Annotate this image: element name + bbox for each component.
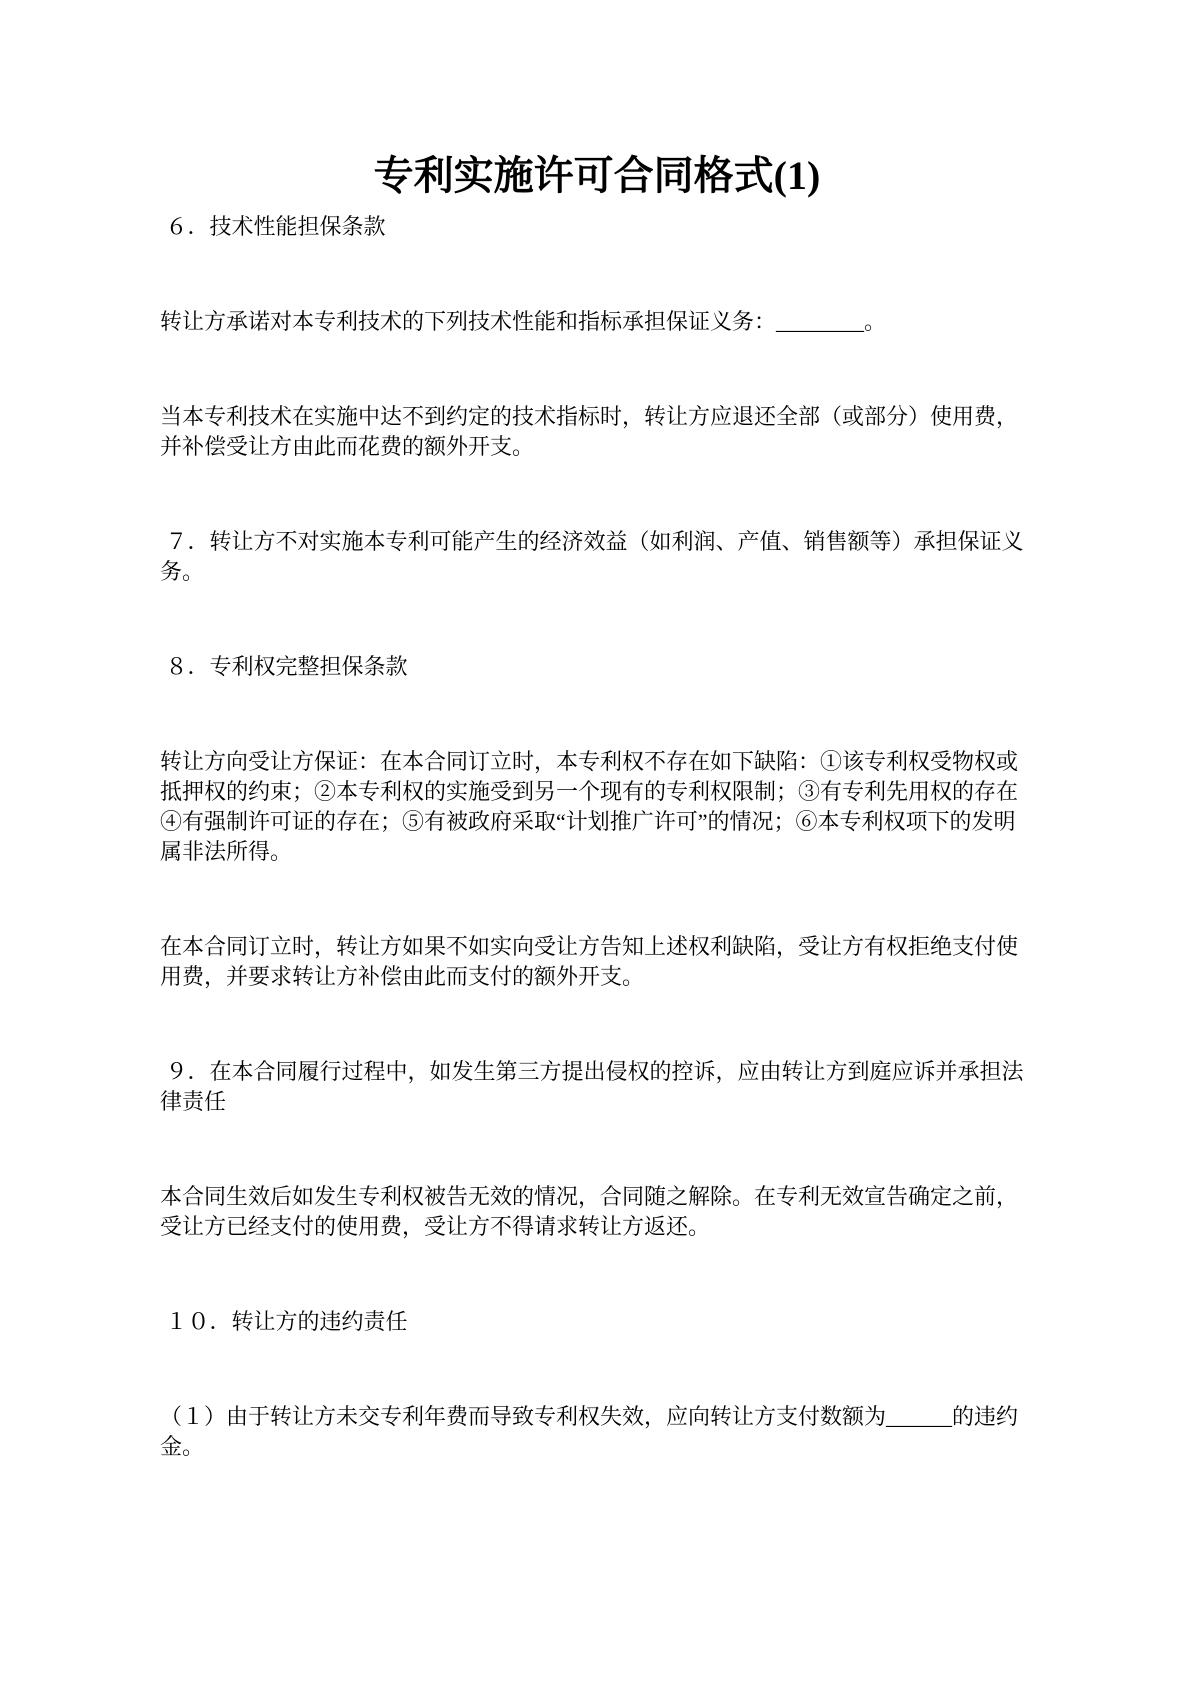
clause-6-warranty-paragraph: 转让方承诺对本专利技术的下列技术性能和指标承担保证义务：________。 xyxy=(160,307,1034,337)
document-title: 专利实施许可合同格式(1) xyxy=(160,150,1034,202)
document-page: 专利实施许可合同格式(1) ６．技术性能担保条款 转让方承诺对本专利技术的下列技… xyxy=(0,0,1190,1683)
clause-10-heading: １０．转让方的违约责任 xyxy=(160,1307,1034,1337)
clause-7-paragraph: ７．转让方不对实施本专利可能产生的经济效益（如利润、产值、销售额等）承担保证义务… xyxy=(160,527,1034,587)
clause-8-remedy-paragraph: 在本合同订立时，转让方如果不如实向受让方告知上述权利缺陷，受让方有权拒绝支付使用… xyxy=(160,932,1034,992)
clause-9-paragraph: ９．在本合同履行过程中，如发生第三方提出侵权的控诉，应由转让方到庭应诉并承担法律… xyxy=(160,1057,1034,1117)
clause-9-invalidity-paragraph: 本合同生效后如发生专利权被告无效的情况，合同随之解除。在专利无效宣告确定之前，受… xyxy=(160,1182,1034,1242)
clause-8-heading: ８．专利权完整担保条款 xyxy=(160,652,1034,682)
clause-8-defects-paragraph: 转让方向受让方保证：在本合同订立时，本专利权不存在如下缺陷：①该专利权受物权或抵… xyxy=(160,747,1034,867)
clause-6-heading: ６．技术性能担保条款 xyxy=(160,212,1034,242)
clause-6-refund-paragraph: 当本专利技术在实施中达不到约定的技术指标时，转让方应退还全部（或部分）使用费，并… xyxy=(160,402,1034,462)
clause-10-item-1-paragraph: （１）由于转让方未交专利年费而导致专利权失效，应向转让方支付数额为______的… xyxy=(160,1402,1034,1462)
